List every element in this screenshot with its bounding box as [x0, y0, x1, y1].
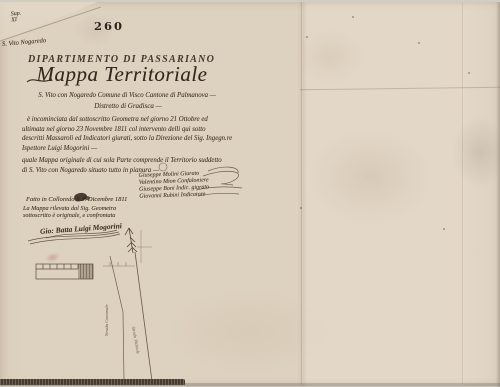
document-scan: Sup. XI S. Vito Nogaredo 260 DIPARTIMENT…: [0, 0, 500, 387]
ink-speck: [418, 42, 420, 44]
paragraph-line: ultimata nel giorno 23 Novembre 1811 col…: [22, 125, 238, 135]
page-number-stamp: 260: [94, 19, 124, 33]
paragraph-line: descritti Massaroli ed Indicatori giurat…: [22, 134, 238, 144]
vertical-fold-crease: [301, 0, 303, 384]
ink-speck: [352, 16, 354, 18]
corner-reference-note: Sup. XI: [10, 11, 22, 24]
paragraph-line: Ispettore Luigi Mogorini —: [22, 144, 238, 154]
road-label-vertical: Strada Comunale: [104, 304, 109, 336]
location-line: S. Vito con Nogaredo Comune di Visco Can…: [26, 92, 228, 99]
map-title: Mappa Territoriale: [26, 62, 218, 87]
paragraph-line: quale Mappa originale di cui sola Parte …: [22, 156, 242, 166]
ink-speck: [443, 228, 445, 230]
faint-vertical-crease: [462, 0, 463, 384]
map-border-band: [0, 379, 185, 385]
body-paragraph-1: è incominciata dal sottoscritto Geometra…: [22, 115, 238, 154]
ink-speck: [306, 36, 308, 38]
certification-note: La Mappa rilevata dal Sig. Geometra sott…: [23, 205, 141, 220]
scan-top-edge: [0, 0, 500, 2]
ink-speck: [468, 72, 470, 74]
witness-signatures: Giuseppe Molini Giurato Valentino Mion C…: [139, 169, 244, 201]
ink-blot: [84, 196, 90, 200]
corner-ref-line2: XI: [11, 17, 22, 24]
paragraph-line: è incominciata dal sottoscritto Geometra…: [22, 115, 238, 125]
ink-speck: [300, 207, 302, 209]
certification-line: sottoscritto è originale, e confrontata: [23, 212, 141, 219]
paper-right-edge: [496, 0, 500, 387]
district-line: Distretto di Gradisca —: [55, 102, 201, 110]
